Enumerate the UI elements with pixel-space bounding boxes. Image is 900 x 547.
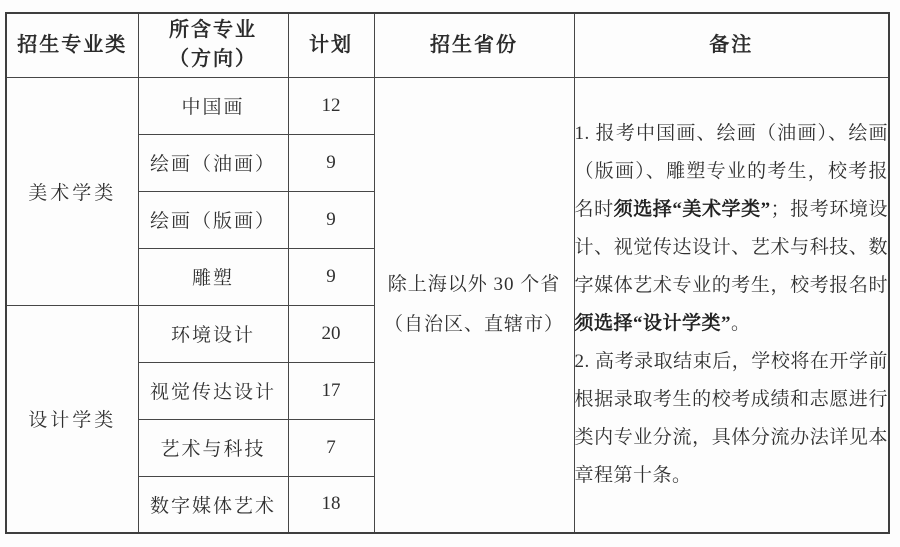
category-design: 设计学类 [6,305,138,533]
remarks-p1-bold-design: 须选择“设计学类” [575,313,732,334]
remarks-p1-text: 。 [731,313,751,334]
header-plan: 计划 [288,13,374,77]
header-provinces: 招生省份 [374,13,574,77]
remarks-cell: 1. 报考中国画、绘画（油画）、绘画（版画）、雕塑专业的考生，校考报名时须选择“… [574,77,889,533]
header-row: 招生专业类 所含专业 （方向） 计划 招生省份 备注 [6,13,889,77]
header-majors: 所含专业 （方向） [138,13,288,77]
table-row: 美术学类 中国画 12 除上海以外 30 个省 （自治区、直辖市） 1. 报考中… [6,77,889,134]
plan-cell: 7 [288,419,374,476]
remarks-paragraph-1: 1. 报考中国画、绘画（油画）、绘画（版画）、雕塑专业的考生，校考报名时须选择“… [575,115,889,343]
plan-cell: 9 [288,191,374,248]
major-cell: 数字媒体艺术 [138,476,288,533]
major-cell: 艺术与科技 [138,419,288,476]
plan-cell: 18 [288,476,374,533]
plan-cell: 17 [288,362,374,419]
remarks-p1-bold-fine-arts: 须选择“美术学类” [614,199,771,220]
major-cell: 中国画 [138,77,288,134]
plan-cell: 9 [288,134,374,191]
major-cell: 绘画（版画） [138,191,288,248]
category-fine-arts: 美术学类 [6,77,138,305]
admissions-table-container: 招生专业类 所含专业 （方向） 计划 招生省份 备注 美术学类 中国画 12 除… [5,12,890,534]
major-cell: 环境设计 [138,305,288,362]
remarks-paragraph-2: 2. 高考录取结束后，学校将在开学前根据录取考生的校考成绩和志愿进行类内专业分流… [575,343,889,495]
plan-cell: 9 [288,248,374,305]
major-cell: 视觉传达设计 [138,362,288,419]
plan-cell: 12 [288,77,374,134]
admissions-table: 招生专业类 所含专业 （方向） 计划 招生省份 备注 美术学类 中国画 12 除… [5,12,890,534]
major-cell: 雕塑 [138,248,288,305]
major-cell: 绘画（油画） [138,134,288,191]
provinces-cell: 除上海以外 30 个省 （自治区、直辖市） [374,77,574,533]
header-category: 招生专业类 [6,13,138,77]
plan-cell: 20 [288,305,374,362]
header-remarks: 备注 [574,13,889,77]
